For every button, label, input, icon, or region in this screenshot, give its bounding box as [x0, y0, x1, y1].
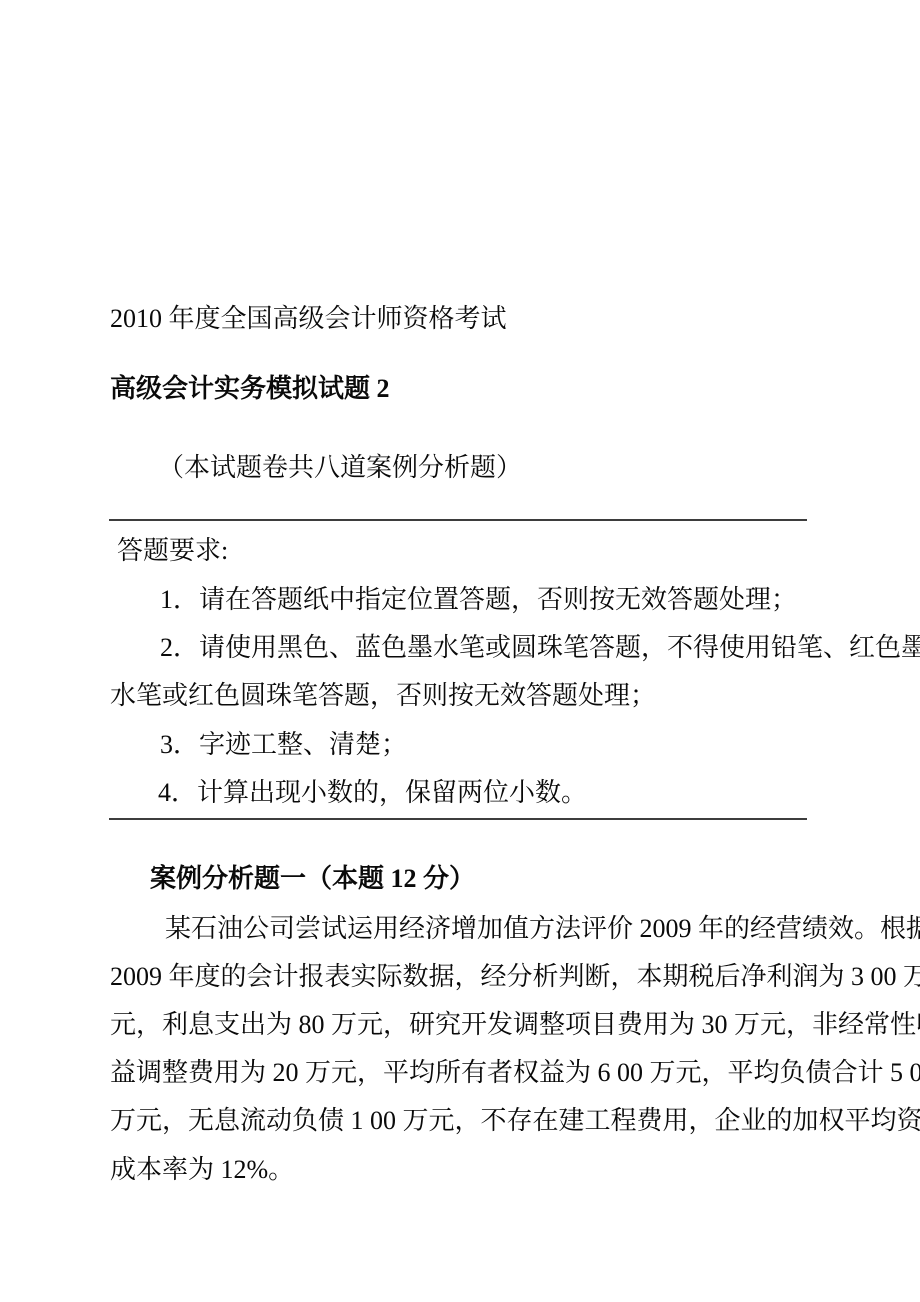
- exam-note: （本试题卷共八道案例分析题）: [158, 452, 522, 484]
- case-one-paragraph-line-3: 元，利息支出为 80 万元，研究开发调整项目费用为 30 万元，非经常性收: [110, 1009, 920, 1041]
- case-one-paragraph-line-1: 某石油公司尝试运用经济增加值方法评价 2009 年的经营绩效。根据: [165, 913, 920, 945]
- case-one-paragraph-line-5: 万元，无息流动负债 1 00 万元，不存在建工程费用，企业的加权平均资本: [110, 1105, 920, 1137]
- requirement-line-2: 2．请使用黑色、蓝色墨水笔或圆珠笔答题，不得使用铅笔、红色墨: [160, 632, 920, 664]
- divider-top: [109, 519, 807, 521]
- case-one-paragraph-line-6: 成本率为 12%。: [110, 1154, 294, 1186]
- exam-subtitle: 高级会计实务模拟试题 2: [110, 373, 390, 405]
- case-one-paragraph-line-4: 益调整费用为 20 万元，平均所有者权益为 6 00 万元，平均负债合计 5 0…: [110, 1057, 920, 1089]
- case-one-heading: 案例分析题一（本题 12 分）: [150, 863, 475, 895]
- requirement-line-4: 4．计算出现小数的，保留两位小数。: [158, 777, 587, 809]
- divider-bottom: [109, 818, 807, 820]
- document-title: 2010 年度全国高级会计师资格考试: [110, 303, 507, 335]
- requirement-line-3: 3．字迹工整、清楚；: [160, 729, 407, 761]
- case-one-paragraph-line-2: 2009 年度的会计报表实际数据，经分析判断，本期税后净利润为 3 00 万: [110, 961, 920, 993]
- document-page: 2010 年度全国高级会计师资格考试 高级会计实务模拟试题 2 （本试题卷共八道…: [0, 0, 920, 1302]
- requirement-line-1: 1．请在答题纸中指定位置答题，否则按无效答题处理；: [160, 584, 797, 616]
- requirement-line-2-continued: 水笔或红色圆珠笔答题，否则按无效答题处理；: [110, 680, 656, 712]
- requirements-label: 答题要求:: [117, 535, 228, 567]
